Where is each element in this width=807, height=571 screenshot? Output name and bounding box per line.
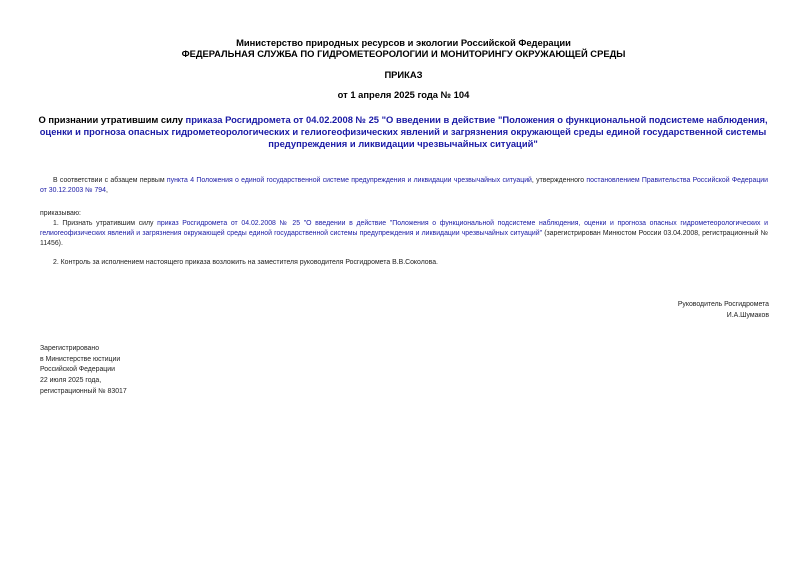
document-title: О признании утратившим силу приказа Росг… (34, 114, 772, 150)
document-date-number: от 1 апреля 2025 года № 104 (0, 89, 807, 101)
service-name: ФЕДЕРАЛЬНАЯ СЛУЖБА ПО ГИДРОМЕТЕОРОЛОГИИ … (0, 48, 807, 60)
document-page: Министерство природных ресурсов и эколог… (0, 0, 807, 571)
order-item-1: 1. Признать утратившим силу приказ Росги… (40, 219, 768, 249)
document-type: ПРИКАЗ (0, 69, 807, 81)
basis-text-3: , (106, 187, 108, 194)
title-prefix: О признании утратившим силу (38, 114, 185, 125)
basis-text-2: , утвержденного (532, 177, 587, 184)
registration-line: Зарегистрировано (40, 343, 99, 354)
registration-line: Российской Федерации (40, 364, 115, 375)
signatory-title: Руководитель Росгидромета (569, 299, 769, 310)
item-1-text-1: 1. Признать утратившим силу (53, 220, 157, 227)
registration-date: 22 июля 2025 года, (40, 375, 101, 386)
link-clause-4-regulation[interactable]: пункта 4 Положения о единой государствен… (167, 177, 532, 184)
basis-text-1: В соответствии с абзацем первым (53, 177, 167, 184)
registration-number: регистрационный № 83017 (40, 386, 127, 397)
signatory-name: И.А.Шумаков (569, 310, 769, 321)
order-item-2: 2. Контроль за исполнением настоящего пр… (40, 258, 768, 268)
basis-paragraph: В соответствии с абзацем первым пункта 4… (40, 176, 768, 196)
decree-word: приказываю: (40, 209, 768, 219)
